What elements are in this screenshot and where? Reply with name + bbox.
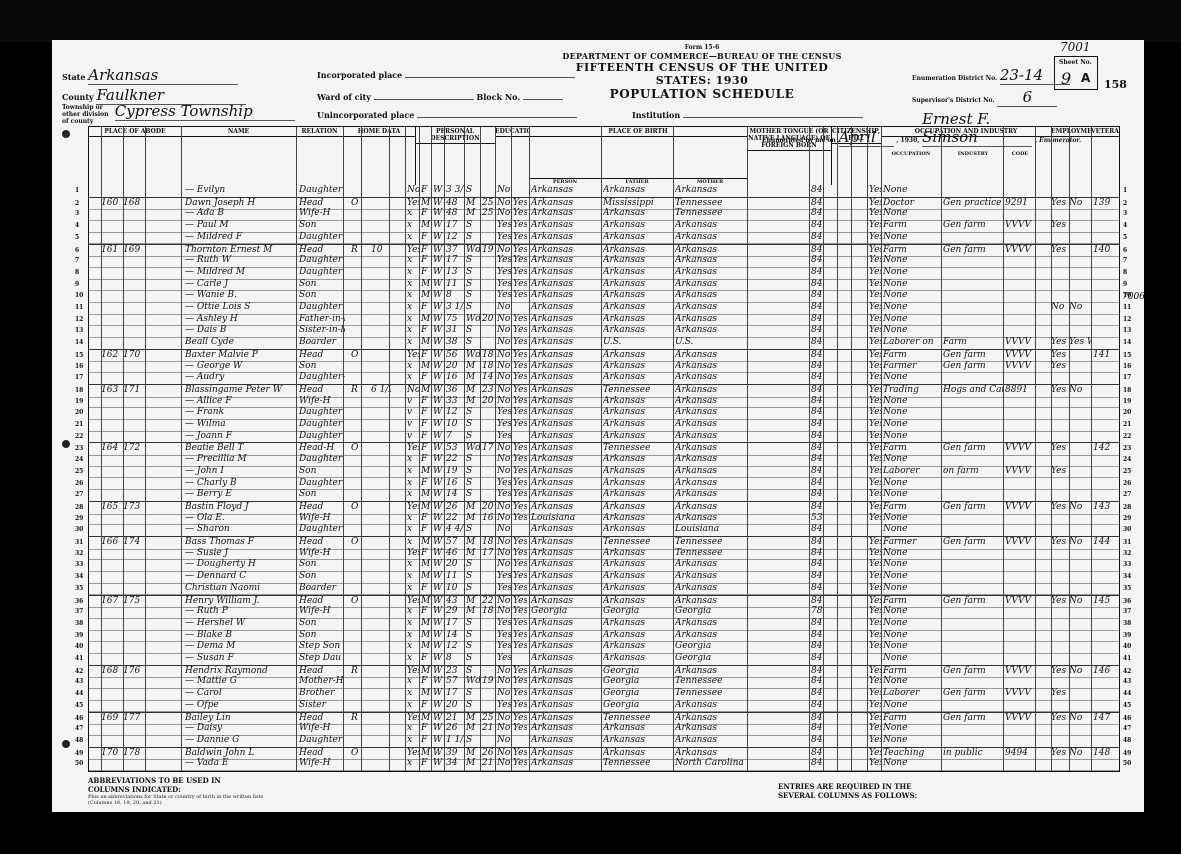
cell-sch: Yes — [497, 478, 511, 490]
cell-mar: S — [466, 641, 480, 653]
cell-emp — [1051, 641, 1067, 653]
cell-name: — Ashley H — [185, 314, 295, 326]
cell-emp: Yes — [1051, 466, 1067, 478]
cell-val — [371, 220, 391, 232]
cell-farm — [1093, 407, 1115, 419]
cell-dw — [101, 489, 121, 501]
row-number: 38 — [75, 618, 83, 630]
grid-line — [495, 127, 496, 771]
cell-own — [351, 314, 361, 326]
cell-sch: Yes — [497, 232, 511, 244]
cell-val — [371, 279, 391, 291]
cell-eng: Yes — [869, 279, 881, 291]
cell-val — [371, 361, 391, 373]
cell-pb: Arkansas — [531, 220, 601, 232]
cell-dw — [101, 688, 121, 700]
cell-age: 8 — [446, 653, 464, 665]
cell-ind — [943, 489, 1003, 501]
cell-pb: Arkansas — [531, 735, 601, 747]
cell-read: Yes — [513, 618, 527, 630]
cell-emp — [1051, 606, 1067, 618]
col-group-abode: PLACE OF ABODE — [89, 127, 182, 185]
cell-fb: Arkansas — [603, 361, 673, 373]
cell-sex: F — [421, 325, 431, 337]
cell-val — [371, 466, 391, 478]
cell-fam — [123, 290, 143, 302]
cell-age: 29 — [446, 606, 464, 618]
row-number: 11 — [75, 302, 83, 314]
cell-age: 11 — [446, 571, 464, 583]
cell-dw — [101, 583, 121, 595]
cell-fam — [123, 407, 143, 419]
cell-emp — [1051, 279, 1067, 291]
cell-pb: Arkansas — [531, 407, 601, 419]
cell-ocode — [1005, 653, 1033, 665]
cell-ind — [943, 676, 1003, 688]
cell-sex: F — [421, 758, 431, 770]
department-title: DEPARTMENT OF COMMERCE—BUREAU OF THE CEN… — [552, 51, 852, 61]
cell-emp: Yes — [1051, 337, 1067, 349]
cell-vet — [1069, 571, 1091, 583]
cell-eng — [869, 653, 881, 665]
cell-farm — [1093, 267, 1115, 279]
cell-rel: Wife-H — [299, 396, 345, 408]
cell-pb: Arkansas — [531, 185, 601, 197]
cell-sex: F — [421, 267, 431, 279]
cell-fb: Arkansas — [603, 489, 673, 501]
cell-radio: x — [407, 454, 419, 466]
cell-radio: x — [407, 325, 419, 337]
cell-fam — [123, 279, 143, 291]
cell-own — [351, 641, 361, 653]
cell-fam — [123, 267, 143, 279]
cell-ocode — [1005, 185, 1033, 197]
cell-mar: S — [466, 290, 480, 302]
cell-radio: x — [407, 700, 419, 712]
cell-sex: F — [421, 676, 431, 688]
cell-mar: S — [466, 454, 480, 466]
cell-read: Yes — [513, 513, 527, 525]
cell-sex: M — [421, 618, 431, 630]
cell-agem: 20 — [482, 314, 494, 326]
cell-dw — [101, 255, 121, 267]
cell-occ: None — [883, 630, 941, 642]
cell-fam — [123, 653, 143, 665]
cell-rel: Son — [299, 571, 345, 583]
cell-sch: No — [497, 548, 511, 560]
cell-age: 10 — [446, 419, 464, 431]
row-number-right: 12 — [1123, 314, 1131, 326]
cell-ocode — [1005, 478, 1033, 490]
cell-sch: No — [497, 513, 511, 525]
cell-ocode — [1005, 279, 1033, 291]
cell-name: — Ruth W — [185, 255, 295, 267]
cell-val — [371, 314, 391, 326]
cell-radio: Yes — [407, 548, 419, 560]
cell-eng: Yes — [869, 641, 881, 653]
cell-mb: Arkansas — [675, 618, 745, 630]
cell-fb: Georgia — [603, 688, 673, 700]
cell-sch: Yes — [497, 431, 511, 443]
cell-ocode: VVVV — [1005, 361, 1033, 373]
cell-farm — [1093, 548, 1115, 560]
cell-emp — [1051, 559, 1067, 571]
cell-age: 16 — [446, 372, 464, 384]
cell-ocode — [1005, 232, 1033, 244]
grid-line — [823, 127, 824, 771]
cell-emp — [1051, 232, 1067, 244]
cell-eng: Yes — [869, 325, 881, 337]
cell-vet — [1069, 513, 1091, 525]
row-number-right: 38 — [1123, 618, 1131, 630]
cell-fb: Arkansas — [603, 290, 673, 302]
cell-vet — [1069, 431, 1091, 443]
cell-name: Beall Cyde — [185, 337, 295, 349]
cell-vet — [1069, 641, 1091, 653]
cell-dw — [101, 723, 121, 735]
cell-read: Yes — [513, 630, 527, 642]
cell-read: Yes — [513, 606, 527, 618]
cell-read: Yes — [513, 676, 527, 688]
cell-occ: None — [883, 735, 941, 747]
cell-pb: Arkansas — [531, 700, 601, 712]
cell-emp: Yes — [1051, 220, 1067, 232]
cell-pb: Arkansas — [531, 524, 601, 536]
cell-emp — [1051, 407, 1067, 419]
cell-mar: S — [466, 325, 480, 337]
cell-mar: S — [466, 302, 480, 314]
cell-own — [351, 513, 361, 525]
cell-mar: S — [466, 653, 480, 665]
cell-fam — [123, 466, 143, 478]
cell-radio: x — [407, 314, 419, 326]
cell-read: Yes — [513, 396, 527, 408]
cell-farm — [1093, 513, 1115, 525]
cell-sch: Yes — [497, 290, 511, 302]
township-field: Township or other division of county Cyp… — [62, 102, 312, 125]
cell-rel: Son — [299, 559, 345, 571]
cell-mar: S — [466, 279, 480, 291]
cell-fam — [123, 641, 143, 653]
cell-vet — [1069, 361, 1091, 373]
cell-vet — [1069, 583, 1091, 595]
cell-vet — [1069, 723, 1091, 735]
cell-eng: Yes — [869, 688, 881, 700]
row-number-right: 40 — [1123, 641, 1131, 653]
col-group-education: EDUCATION — [495, 127, 530, 185]
cell-own — [351, 700, 361, 712]
cell-dw — [101, 302, 121, 314]
cell-age: 31 — [446, 325, 464, 337]
cell-ocode — [1005, 290, 1033, 302]
row-number-right: 47 — [1123, 723, 1131, 735]
cell-ocode — [1005, 208, 1033, 220]
cell-occ: None — [883, 571, 941, 583]
cell-own — [351, 220, 361, 232]
cell-agem — [482, 559, 494, 571]
cell-eng: Yes — [869, 302, 881, 314]
cell-agem: 19 — [482, 676, 494, 688]
cell-sch: No — [497, 735, 511, 747]
cell-val — [371, 372, 391, 384]
cell-farm — [1093, 419, 1115, 431]
cell-name: — Susan F — [185, 653, 295, 665]
cell-radio: No — [407, 185, 419, 197]
grid-line — [511, 127, 512, 771]
cell-rel: Daughter — [299, 478, 345, 490]
cell-radio: v — [407, 396, 419, 408]
row-number-right: 32 — [1123, 548, 1131, 560]
row-number-right: 21 — [1123, 419, 1131, 431]
cell-vet — [1069, 466, 1091, 478]
cell-eng: Yes — [869, 700, 881, 712]
cell-val — [371, 676, 391, 688]
cell-age: 19 — [446, 466, 464, 478]
cell-farm — [1093, 489, 1115, 501]
cell-fam — [123, 431, 143, 443]
cell-agem — [482, 524, 494, 536]
cell-ind — [943, 524, 1003, 536]
census-sheet: State Arkansas County Faulkner Township … — [52, 40, 1144, 812]
unincorporated-label: Unincorporated place — [317, 110, 414, 120]
cell-sch: No — [497, 396, 511, 408]
cell-agem — [482, 630, 494, 642]
cell-read: Yes — [513, 419, 527, 431]
grid-line — [296, 127, 297, 771]
cell-own — [351, 583, 361, 595]
cell-age: 46 — [446, 548, 464, 560]
row-number-right: 50 — [1123, 758, 1131, 770]
cell-emp — [1051, 630, 1067, 642]
row-number: 9 — [75, 279, 79, 291]
cell-eng: Yes — [869, 396, 881, 408]
cell-farm — [1093, 688, 1115, 700]
cell-own — [351, 279, 361, 291]
cell-read: Yes — [513, 208, 527, 220]
cell-read: Yes — [513, 583, 527, 595]
grid-line — [867, 127, 868, 771]
cell-sex: M — [421, 290, 431, 302]
cell-mb: Arkansas — [675, 290, 745, 302]
cell-age: 22 — [446, 513, 464, 525]
cell-radio: x — [407, 513, 419, 525]
cell-rel: Daughter — [299, 407, 345, 419]
cell-radio: x — [407, 618, 419, 630]
grid-line — [123, 127, 124, 771]
row-number-right: 5 — [1123, 232, 1127, 244]
cell-rel: Wife-H — [299, 208, 345, 220]
cell-age: 17 — [446, 688, 464, 700]
cell-val — [371, 431, 391, 443]
cell-ind: Gen farm — [943, 688, 1003, 700]
cell-dw — [101, 220, 121, 232]
cell-farm — [1093, 630, 1115, 642]
cell-read — [513, 735, 527, 747]
cell-ind — [943, 735, 1003, 747]
cell-name: — Vada E — [185, 758, 295, 770]
row-number-right: 10 — [1123, 290, 1131, 302]
cell-radio: x — [407, 758, 419, 770]
row-number: 40 — [75, 641, 83, 653]
cell-ind — [943, 279, 1003, 291]
cell-sex: F — [421, 454, 431, 466]
cell-occ: None — [883, 302, 941, 314]
cell-rel: Brother — [299, 688, 345, 700]
cell-farm — [1093, 279, 1115, 291]
cell-mb: Arkansas — [675, 513, 745, 525]
cell-ocode — [1005, 641, 1033, 653]
cell-agem: 25 — [482, 208, 494, 220]
cell-rel: Daughter — [299, 232, 345, 244]
ward-field: Ward of city Block No. — [317, 92, 563, 102]
cell-read: Yes — [513, 314, 527, 326]
cell-sex: F — [421, 407, 431, 419]
cell-pb: Arkansas — [531, 337, 601, 349]
cell-fb: Arkansas — [603, 431, 673, 443]
cell-dw — [101, 431, 121, 443]
cell-ocode — [1005, 325, 1033, 337]
cell-own — [351, 232, 361, 244]
row-number: 29 — [75, 513, 83, 525]
cell-age: 13 — [446, 267, 464, 279]
cell-dw — [101, 478, 121, 490]
cell-vet: Yes WW — [1069, 337, 1091, 349]
cell-sch: No — [497, 208, 511, 220]
cell-dw — [101, 606, 121, 618]
cell-age: 48 — [446, 208, 464, 220]
cell-ocode — [1005, 583, 1033, 595]
cell-sch: No — [497, 758, 511, 770]
cell-agem — [482, 454, 494, 466]
cell-eng: Yes — [869, 676, 881, 688]
cell-fb: Arkansas — [603, 723, 673, 735]
cell-mb: Georgia — [675, 641, 745, 653]
cell-emp — [1051, 524, 1067, 536]
cell-sch: Yes — [497, 641, 511, 653]
cell-fam — [123, 758, 143, 770]
cell-emp — [1051, 208, 1067, 220]
cell-own — [351, 618, 361, 630]
cell-farm — [1093, 361, 1115, 373]
cell-name: — Mildred F — [185, 232, 295, 244]
cell-radio: x — [407, 232, 419, 244]
cell-ind — [943, 419, 1003, 431]
cell-emp: Yes — [1051, 361, 1067, 373]
row-number: 32 — [75, 548, 83, 560]
cell-farm — [1093, 735, 1115, 747]
cell-ocode — [1005, 267, 1033, 279]
cell-radio: x — [407, 676, 419, 688]
row-number-right: 43 — [1123, 676, 1131, 688]
row-number-right: 39 — [1123, 630, 1131, 642]
cell-fb: Georgia — [603, 676, 673, 688]
cell-sex: M — [421, 337, 431, 349]
cell-vet — [1069, 267, 1091, 279]
cell-sex: F — [421, 548, 431, 560]
cell-eng: Yes — [869, 372, 881, 384]
row-number-right: 35 — [1123, 583, 1131, 595]
cell-vet — [1069, 314, 1091, 326]
cell-mb: Tennessee — [675, 676, 745, 688]
cell-fb: Tennessee — [603, 758, 673, 770]
cell-age: 17 — [446, 618, 464, 630]
cell-sch: No — [497, 372, 511, 384]
cell-farm — [1093, 232, 1115, 244]
row-number: 20 — [75, 407, 83, 419]
cell-agem — [482, 279, 494, 291]
population-table: PLACE OF ABODE NAME RELATION HOME DATA P… — [88, 126, 1120, 772]
cell-ind — [943, 630, 1003, 642]
cell-ocode: VVVV — [1005, 466, 1033, 478]
cell-agem — [482, 255, 494, 267]
cell-sex: M — [421, 641, 431, 653]
col-group-employment: EMPLOYMENT — [1051, 127, 1092, 185]
cell-sex: F — [421, 513, 431, 525]
cell-emp — [1051, 618, 1067, 630]
cell-pb: Arkansas — [531, 279, 601, 291]
cell-eng: Yes — [869, 758, 881, 770]
cell-sch: No — [497, 302, 511, 314]
cell-dw — [101, 361, 121, 373]
cell-eng: Yes — [869, 290, 881, 302]
cell-dw — [101, 396, 121, 408]
cell-ind — [943, 302, 1003, 314]
cell-sex: M — [421, 559, 431, 571]
cell-ocode — [1005, 548, 1033, 560]
cell-val — [371, 641, 391, 653]
cell-read — [513, 524, 527, 536]
cell-read: Yes — [513, 290, 527, 302]
cell-pb: Arkansas — [531, 478, 601, 490]
cell-pb: Arkansas — [531, 396, 601, 408]
row-number: 43 — [75, 676, 83, 688]
cell-eng: Yes — [869, 314, 881, 326]
cell-val — [371, 606, 391, 618]
cell-fb: Georgia — [603, 700, 673, 712]
cell-occ: None — [883, 489, 941, 501]
cell-mar: S — [466, 232, 480, 244]
cell-mar: M — [466, 548, 480, 560]
row-number-right: 34 — [1123, 571, 1131, 583]
cell-farm — [1093, 454, 1115, 466]
cell-pb: Arkansas — [531, 653, 601, 665]
cell-sch: Yes — [497, 653, 511, 665]
cell-ind — [943, 407, 1003, 419]
cell-emp — [1051, 419, 1067, 431]
cell-occ: Laborer — [883, 466, 941, 478]
sheet-label: Sheet No. — [1059, 59, 1092, 66]
cell-fam — [123, 524, 143, 536]
cell-agem: 20 — [482, 396, 494, 408]
cell-fb: Arkansas — [603, 559, 673, 571]
cell-emp — [1051, 185, 1067, 197]
cell-vet — [1069, 407, 1091, 419]
cell-own — [351, 735, 361, 747]
cell-mb: Arkansas — [675, 232, 745, 244]
cell-rel: Step Dau — [299, 653, 345, 665]
cell-fam — [123, 618, 143, 630]
cell-fam — [123, 478, 143, 490]
cell-fam — [123, 723, 143, 735]
cell-age: 26 — [446, 723, 464, 735]
cell-rel: Wife-H — [299, 548, 345, 560]
cell-read — [513, 653, 527, 665]
cell-mb: Arkansas — [675, 431, 745, 443]
cell-sch: Yes — [497, 255, 511, 267]
cell-read: Yes — [513, 372, 527, 384]
cell-age: 1 1/12 — [446, 735, 464, 747]
cell-mb: Arkansas — [675, 419, 745, 431]
